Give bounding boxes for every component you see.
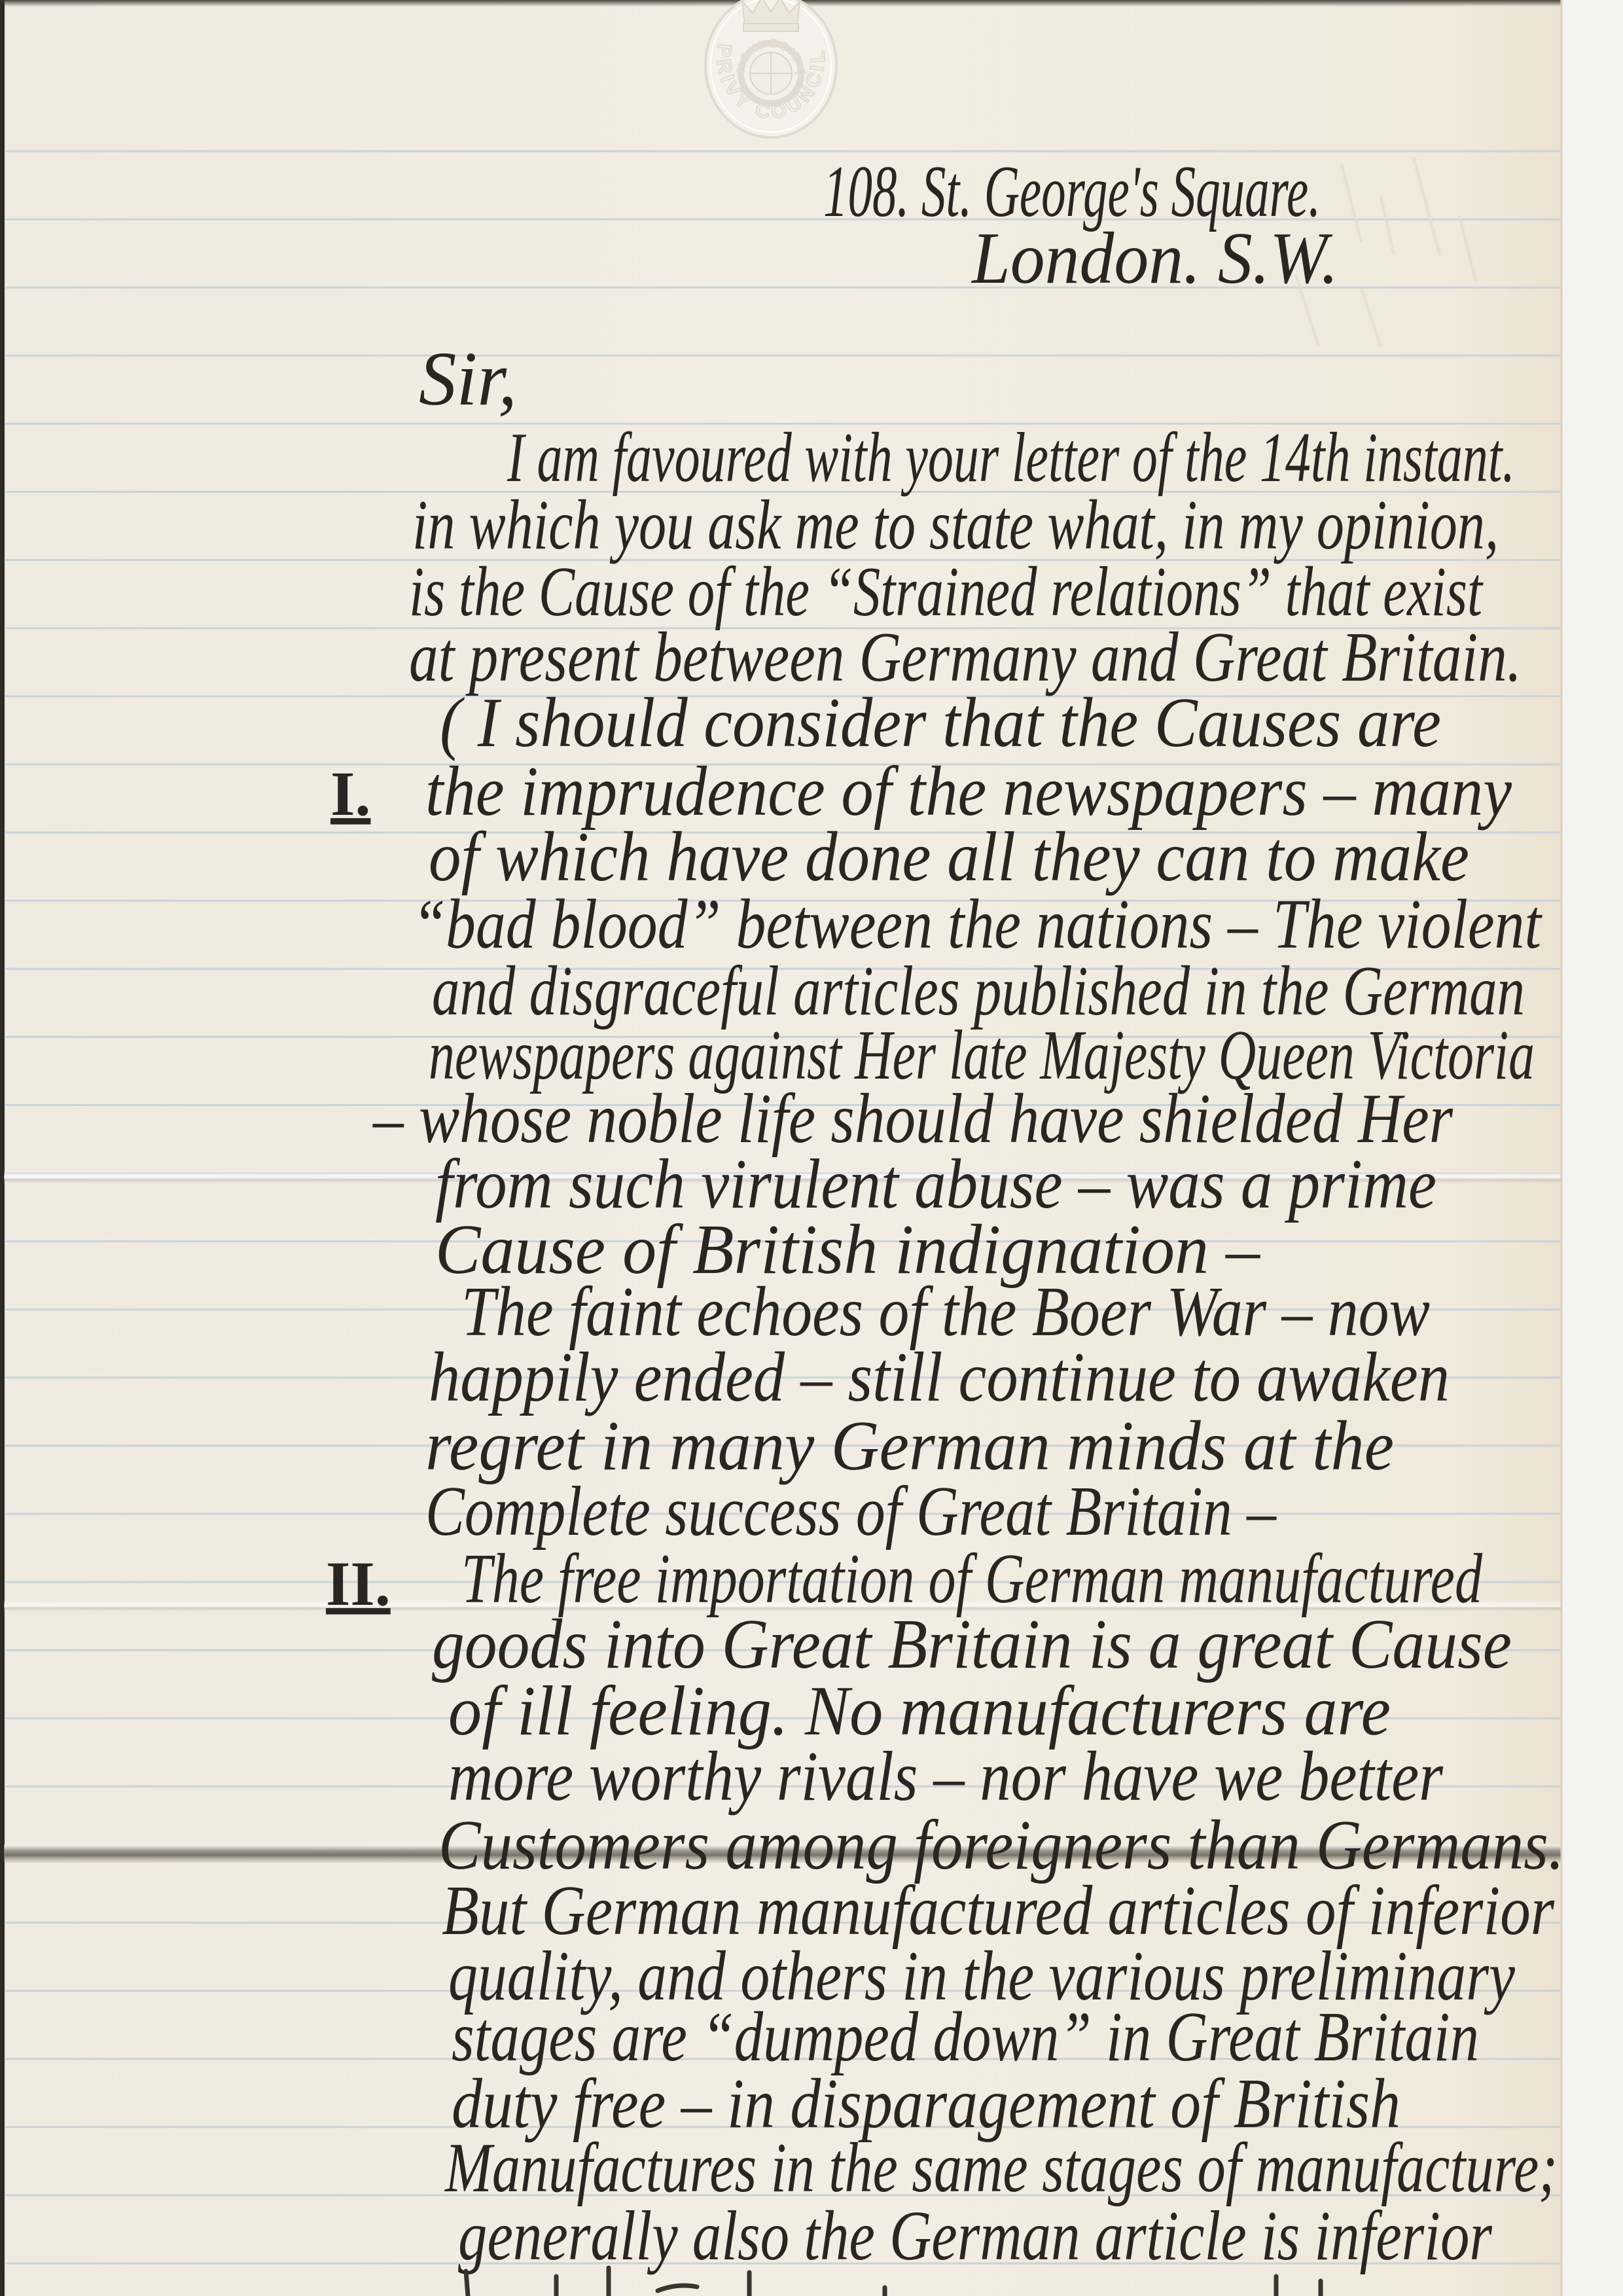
section-marker-i: I. bbox=[330, 759, 370, 829]
body-line: generally also the German article is inf… bbox=[458, 2197, 1493, 2275]
royal-arms-shield-icon bbox=[750, 52, 792, 94]
salutation: Sir, bbox=[419, 336, 517, 422]
body-line: Complete success of Great Britain – bbox=[425, 1473, 1277, 1551]
body-line: ( I should consider that the Causes are bbox=[440, 684, 1441, 762]
body-line: Manufactures in the same stages of manuf… bbox=[444, 2129, 1558, 2207]
letter-body: I am favoured with your letter of the 14… bbox=[372, 419, 1564, 2275]
body-line: of which have done all they can to make bbox=[429, 818, 1469, 896]
body-line: more worthy rivals – nor have we better bbox=[448, 1738, 1444, 1816]
scanned-letter-page: PRIVY COUNCIL OFFICE. HONI SOIT QUI MAL … bbox=[0, 0, 1623, 2296]
privy-council-seal: PRIVY COUNCIL OFFICE. HONI SOIT QUI MAL … bbox=[705, 0, 836, 137]
left-edge-shadow bbox=[0, 0, 5, 2296]
address-line-2: London. S.W. bbox=[971, 218, 1338, 299]
body-line: I am favoured with your letter of the 14… bbox=[507, 419, 1515, 497]
body-line: happily ended – still continue to awaken bbox=[429, 1338, 1450, 1416]
section-marker-ii: II. bbox=[326, 1549, 391, 1619]
